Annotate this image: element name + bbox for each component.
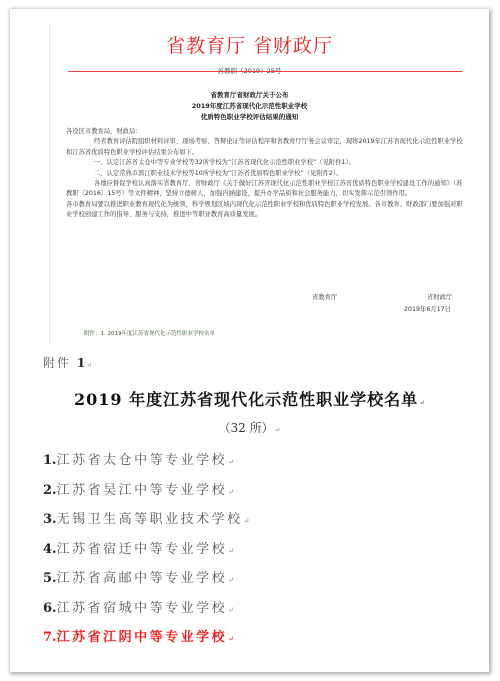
- paragraph-mark-icon: ↵: [228, 576, 234, 584]
- school-name: 江苏省宿城中等专业学校: [57, 601, 228, 616]
- paragraph-mark-icon: ↵: [86, 361, 92, 369]
- paragraph-mark-icon: ↵: [228, 458, 234, 466]
- school-index: 1.: [43, 453, 57, 468]
- school-index: 5.: [43, 571, 57, 586]
- paragraph-mark-icon: ↵: [228, 547, 234, 555]
- attachment-label-number: 1: [77, 356, 85, 370]
- school-list-item: 5.江苏省高邮中等专业学校↵: [43, 567, 249, 597]
- body-paragraph: 各地应督促学校认真落实省教育厅、省财政厅《关于做好江苏省现代化示范性职业学校江苏…: [66, 179, 466, 200]
- attachment-reference: 附件：1. 2019年度江苏省现代化示范性职业学校名单: [84, 329, 215, 337]
- body-paragraph: 二、认定常熟市滨江职业技术学校等10所学校为“江苏省优质特色职业学校”（见附件2…: [66, 169, 466, 179]
- school-list-item: 1.江苏省太仓中等专业学校↵: [43, 449, 249, 479]
- paragraph-mark-icon: ↵: [275, 426, 281, 434]
- school-index: 4.: [43, 542, 57, 557]
- document-page: 省教育厅 省财政厅 苏教职（2019）25号 省教育厅省财政厅关于公布 2019…: [10, 9, 489, 672]
- notice-body: 各设区市教育局、财政局： 经省教育评估院组织材料评审、现场考察、答辩论证等评估程…: [66, 127, 466, 221]
- school-list-item-highlighted: 7.江苏省江阴中等专业学校↵: [43, 626, 249, 656]
- school-name: 江苏省吴江中等专业学校: [57, 483, 228, 498]
- school-name: 江苏省江阴中等专业学校: [57, 630, 228, 645]
- signature-date: 2019年6月17日: [404, 304, 451, 313]
- red-header-rule: [68, 71, 462, 72]
- notice-title-line: 2019年度江苏省现代化示范性职业学校: [10, 101, 489, 112]
- school-list-item: 3.无锡卫生高等职业技术学校↵: [43, 508, 249, 538]
- attachment-label: 附件 1↵: [43, 354, 92, 371]
- school-name: 江苏省太仓中等专业学校: [57, 453, 228, 468]
- body-paragraph: 一、认定江苏省太仓中等专业学校等32所学校为“江苏省现代化示范性职业学校”（见附…: [66, 158, 466, 168]
- school-index: 7.: [43, 630, 57, 645]
- issuer-header: 省教育厅 省财政厅: [10, 31, 489, 58]
- school-name: 无锡卫生高等职业技术学校: [57, 512, 243, 527]
- school-index: 3.: [43, 512, 57, 527]
- school-list-item: 6.江苏省宿城中等专业学校↵: [43, 597, 249, 627]
- notice-title: 省教育厅省财政厅关于公布 2019年度江苏省现代化示范性职业学校 优质特色职业学…: [10, 90, 489, 123]
- body-paragraph: 各市教育局要以推进职业教育现代化为统领，科学规划区域内现代化示范性职业学校和优质…: [66, 200, 466, 221]
- school-count: （32 所）↵: [10, 419, 489, 436]
- paragraph-mark-icon: ↵: [228, 606, 234, 614]
- school-list-item: 4.江苏省宿迁中等专业学校↵: [43, 538, 249, 568]
- school-list: 1.江苏省太仓中等专业学校↵ 2.江苏省吴江中等专业学校↵ 3.无锡卫生高等职业…: [43, 449, 249, 656]
- notice-title-line: 优质特色职业学校评估结果的通知: [10, 112, 489, 123]
- school-name: 江苏省宿迁中等专业学校: [57, 542, 228, 557]
- signature-finance-dept: 省财政厅: [427, 292, 452, 301]
- paragraph-mark-icon: ↵: [228, 635, 234, 643]
- paragraph-mark-icon: ↵: [419, 398, 425, 407]
- school-name: 江苏省高邮中等专业学校: [57, 571, 228, 586]
- salutation: 各设区市教育局、财政局：: [66, 127, 466, 137]
- school-index: 6.: [43, 601, 57, 616]
- school-index: 2.: [43, 483, 57, 498]
- signature-education-dept: 省教育厅: [312, 292, 337, 301]
- body-paragraph: 经省教育评估院组织材料评审、现场考察、答辩论证等评估程序和省教育厅厅务会议审定，…: [66, 137, 466, 158]
- paragraph-mark-icon: ↵: [244, 517, 250, 525]
- paragraph-mark-icon: ↵: [228, 488, 234, 496]
- attachment-label-text: 附件: [43, 356, 71, 370]
- school-list-item: 2.江苏省吴江中等专业学校↵: [43, 479, 249, 509]
- list-title: 2019 年度江苏省现代化示范性职业学校名单↵: [10, 387, 489, 410]
- notice-title-line: 省教育厅省财政厅关于公布: [10, 90, 489, 101]
